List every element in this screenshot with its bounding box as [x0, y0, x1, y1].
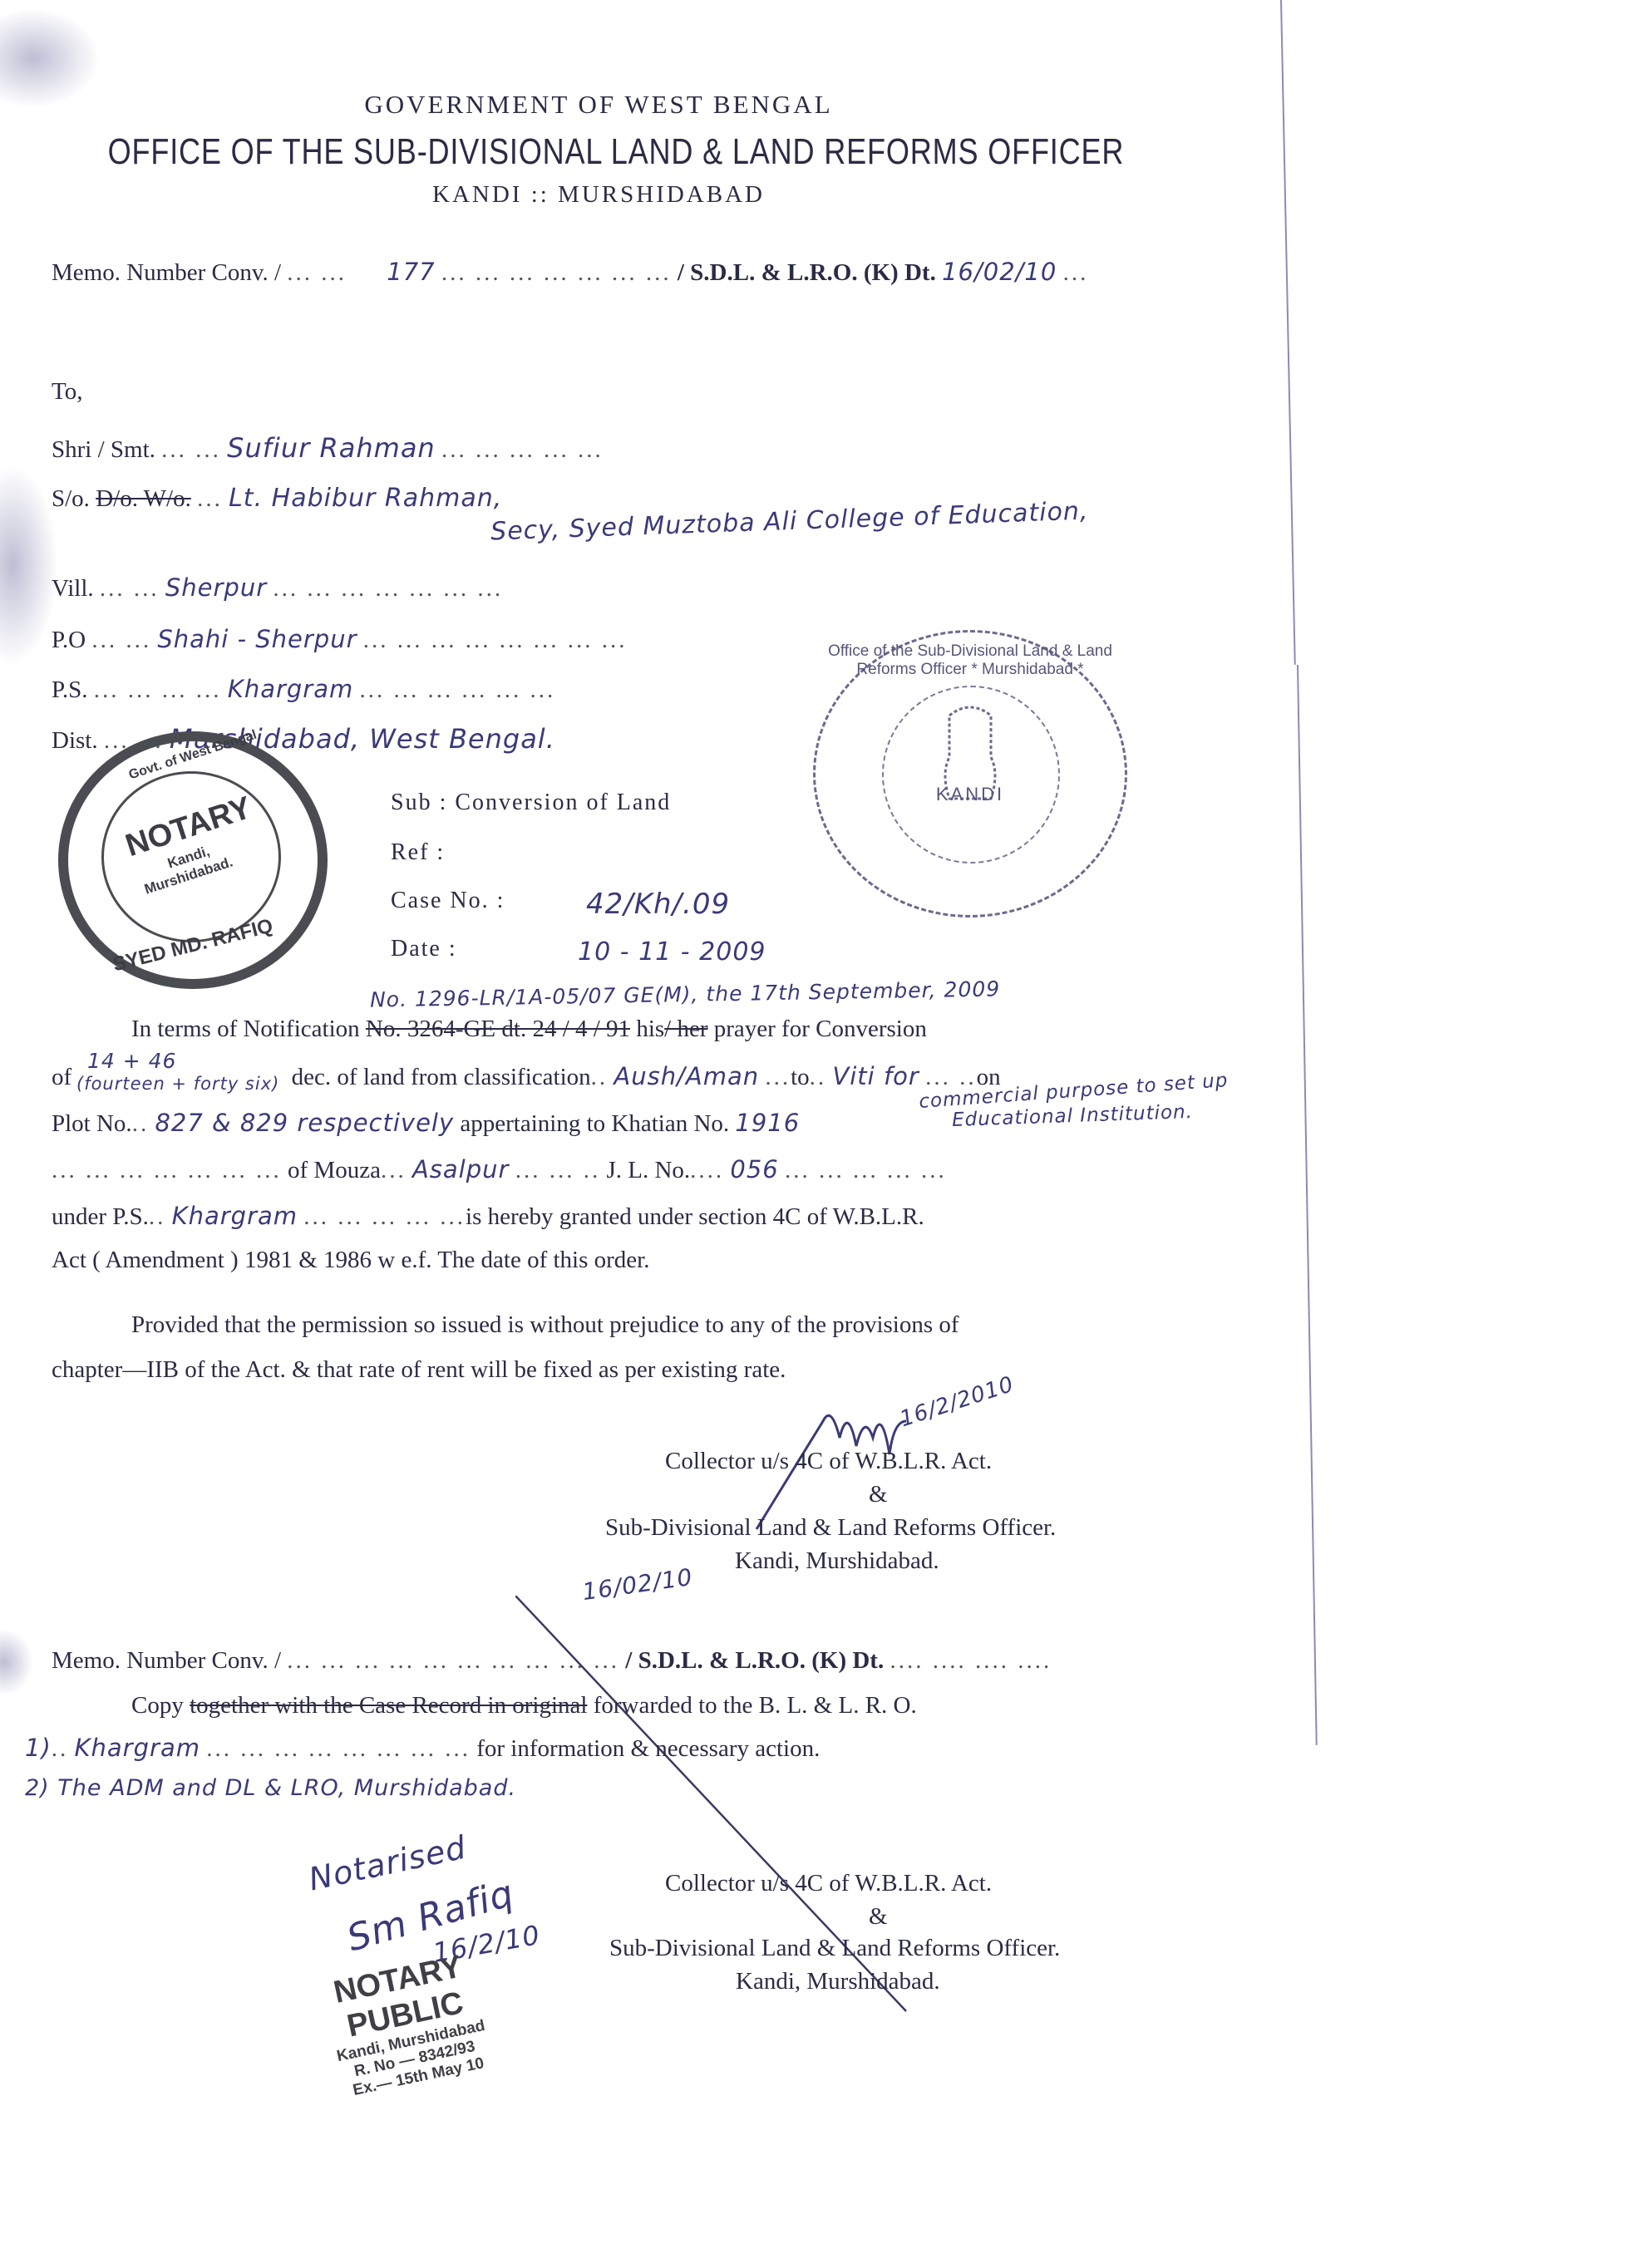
office-seal-text: Office of the Sub-Divisional Land & Land… — [816, 642, 1125, 679]
sig-top-line3: Kandi, Murshidabad. — [735, 1547, 939, 1575]
order-line-1: In terms of Notification No. 3264-GE dt.… — [131, 1016, 927, 1043]
so-label: S/o. — [52, 485, 90, 512]
struck-notification: No. 3264-GE dt. 24 / 4 / 91 — [366, 1016, 630, 1042]
order-line-5: under P.S... Khargram ... ... ... ... ..… — [52, 1202, 924, 1231]
office-seal-center: KANDI — [816, 784, 1125, 805]
notification-insert: No. 1296-LR/1A-05/07 GE(M), the 17th Sep… — [370, 977, 1001, 1011]
sig-top-line2: Sub-Divisional Land & Land Reforms Offic… — [605, 1514, 1056, 1542]
ref-label: Ref : — [391, 839, 445, 866]
shri-value: Sufiur Rahman — [227, 432, 436, 464]
plot-value: 827 & 829 respectively — [155, 1109, 454, 1137]
sig-bottom-line1: Collector u/s 4C of W.B.L.R. Act. — [665, 1870, 992, 1897]
memo-bottom-label: Memo. Number Conv. / — [52, 1647, 281, 1674]
ps-label: P.S. — [52, 676, 88, 703]
text: of — [52, 1064, 71, 1090]
memo-bottom-suffix: / S.D.L. & L.R.O. (K) Dt. — [625, 1647, 884, 1674]
memo-bottom: Memo. Number Conv. / ... ... ... ... ...… — [52, 1647, 1052, 1675]
khatian-value: 1916 — [735, 1109, 800, 1137]
shri-label: Shri / Smt. — [52, 436, 155, 463]
text: In terms of Notification — [131, 1016, 360, 1042]
text: J. L. No. — [606, 1157, 690, 1183]
memo-top: Memo. Number Conv. / ... ... 177 ... ...… — [52, 258, 1088, 287]
jl-value: 056 — [730, 1155, 778, 1183]
to-label: To, — [52, 378, 82, 406]
order-line-2: of dec. of land from classification.. Au… — [52, 1062, 1001, 1091]
mouza-value: Asalpur — [412, 1155, 510, 1183]
notarised-label: Notarised — [306, 1828, 470, 1897]
to-class: Viti for — [832, 1062, 919, 1090]
vill-value: Sherpur — [165, 573, 267, 602]
memo-number: 177 — [387, 258, 435, 286]
copy-line: Copy together with the Case Record in or… — [131, 1692, 917, 1719]
sig-bottom-amp: & — [869, 1903, 888, 1931]
so-extra: Secy, Syed Muztoba Ali College of Educat… — [490, 496, 1089, 546]
so-line: S/o. D/o. W/o. ... Lt. Habibur Rahman, — [52, 484, 502, 513]
ps-value: Khargram — [228, 675, 353, 703]
po-value: Shahi - Sherpur — [157, 625, 357, 653]
notary-round-stamp: Govt. of West Bengal NOTARY Kandi, Mursh… — [58, 731, 328, 989]
vill-label: Vill. — [52, 575, 94, 602]
scan-smudge — [0, 465, 58, 665]
office-seal: KANDI Office of the Sub-Divisional Land … — [813, 630, 1127, 918]
case-label: Case No. : — [391, 888, 505, 914]
scan-smudge — [0, 1629, 33, 1695]
date-label: Date : — [391, 936, 457, 962]
copy-item-2: 2) The ADM and DL & LRO, Murshidabad. — [25, 1775, 516, 1801]
item-number: 1) — [25, 1734, 52, 1762]
memo-suffix: / S.D.L. & L.R.O. (K) Dt. — [678, 259, 936, 286]
proviso-line-2: chapter—IIB of the Act. & that rate of r… — [52, 1356, 786, 1384]
ps-line: P.S. ... ... ... ... Khargram ... ... ..… — [52, 675, 555, 704]
order-line-3: Plot No... 827 & 829 respectively appert… — [52, 1109, 800, 1138]
from-class: Aush/Aman — [614, 1062, 759, 1090]
po-label: P.O — [52, 627, 86, 653]
text: appertaining to Khatian No. — [460, 1110, 729, 1137]
struck-copy: together with the Case Record in origina… — [190, 1692, 587, 1719]
item1-value: Khargram — [75, 1734, 200, 1762]
page-fold-edge — [1280, 0, 1296, 665]
so-struck: D/o. W/o. — [96, 485, 191, 512]
ps-value: Khargram — [172, 1202, 298, 1230]
order-line-4: ... ... ... ... ... ... ... of Mouza... … — [52, 1155, 947, 1184]
memo-label: Memo. Number Conv. / — [52, 259, 281, 286]
subject-label: Sub : Conversion of Land — [391, 790, 671, 816]
text: dec. of land from classification — [292, 1064, 591, 1090]
proviso-line-1: Provided that the permission so issued i… — [131, 1311, 959, 1339]
text: prayer for Conversion — [714, 1016, 927, 1042]
struck-her: / her — [664, 1016, 707, 1042]
notary-public-stamp: NOTARY PUBLIC Kandi, Murshidabad R. No —… — [272, 1936, 542, 2112]
text: his — [636, 1016, 664, 1042]
sig-top-amp: & — [869, 1481, 888, 1508]
header-government: GOVERNMENT OF WEST BENGAL — [0, 90, 1197, 120]
text: Copy — [131, 1692, 184, 1719]
date-value: 10 - 11 - 2009 — [578, 937, 766, 967]
header-location: KANDI :: MURSHIDABAD — [0, 181, 1197, 209]
text: for information & necessary action. — [476, 1735, 820, 1762]
sig-top-line1: Collector u/s 4C of W.B.L.R. Act. — [665, 1448, 992, 1475]
so-value: Lt. Habibur Rahman, — [229, 484, 502, 513]
sig-bottom-line3: Kandi, Murshidabad. — [736, 1968, 940, 1995]
vill-line: Vill. ... ... Sherpur ... ... ... ... ..… — [52, 573, 503, 603]
text: of Mouza — [288, 1157, 381, 1183]
sig-bottom-line2: Sub-Divisional Land & Land Reforms Offic… — [609, 1935, 1060, 1962]
copy-item-1: 1).. Khargram ... ... ... ... ... ... ..… — [25, 1734, 820, 1763]
text: to — [791, 1064, 810, 1090]
case-value: 42/Kh/.09 — [586, 888, 730, 921]
text: forwarded to the B. L. & L. R. O. — [594, 1692, 917, 1719]
text: is hereby granted under section 4C of W.… — [466, 1203, 924, 1230]
page-fold-edge — [1297, 665, 1318, 1745]
text: Plot No. — [52, 1110, 132, 1137]
memo-date: 16/02/10 — [942, 258, 1057, 286]
header-office: OFFICE OF THE SUB-DIVISIONAL LAND & LAND… — [108, 131, 1090, 173]
shri-line: Shri / Smt. ... ... Sufiur Rahman ... ..… — [52, 432, 604, 464]
po-line: P.O ... ... Shahi - Sherpur ... ... ... … — [52, 625, 628, 654]
dist-label: Dist. — [52, 727, 98, 754]
text: under P.S. — [52, 1203, 149, 1230]
order-line-6: Act ( Amendment ) 1981 & 1986 w e.f. The… — [52, 1247, 649, 1274]
